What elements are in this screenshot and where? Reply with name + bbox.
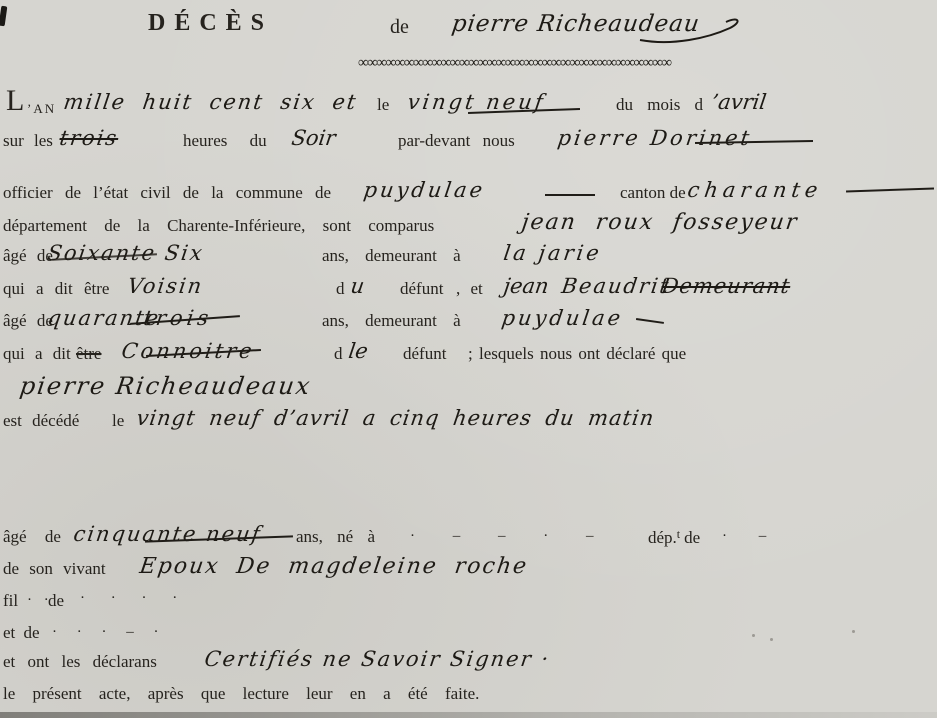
label-fil: fil (3, 591, 18, 611)
field-spouse-value: Epoux De magdeleine roche (138, 554, 530, 579)
chain-ornament: ∞∞∞∞∞∞∞∞∞∞∞∞∞∞∞∞∞∞∞∞∞∞∞∞∞∞∞∞∞∞∞∞∞∞ (358, 55, 671, 72)
blank-dots-mother: · · · – · (52, 624, 158, 641)
pen-stroke (545, 194, 595, 196)
lan-initial: L (6, 84, 24, 118)
title-deces: DÉCÈS (148, 10, 273, 37)
label-qui-a-dit-1: qui a dit être (3, 279, 109, 299)
field-age1-value: Soixante Six (46, 241, 205, 265)
label-qui-a-dit-2: qui a dit (3, 344, 71, 364)
pen-flourish (638, 16, 748, 48)
field-month-value: ’avril (710, 90, 768, 114)
paper-speck (770, 638, 773, 641)
field-residence1-value: la jarie (502, 241, 604, 265)
field-struck-word: Demeurant (660, 274, 792, 298)
label-lesquels: ; lesquels nous ont déclaré que (468, 344, 686, 364)
label-heures-du: heures du (183, 131, 267, 151)
field-signature-statement: Certifiés ne Savoir Signer · (203, 647, 552, 671)
field-year-value: mille huit cent six et (62, 90, 359, 114)
scan-edge-shadow (0, 712, 937, 718)
label-departement: département de la Charente-Inférieure, s… (3, 216, 434, 236)
label-defunt-1: défunt (400, 279, 443, 299)
field-canton-value: charante (686, 178, 824, 202)
field-u-value: u (349, 274, 366, 298)
label-age-3: âgé de (3, 527, 61, 547)
paper-speck (752, 634, 755, 637)
field-declarant2-first: jean (502, 274, 550, 298)
label-de-son-vivant: de son vivant (3, 559, 106, 579)
blank-dots-dept: · – (722, 528, 766, 545)
label-sur-les: sur les (3, 131, 53, 151)
scan-corner-mark (0, 6, 7, 27)
title-de: de (390, 16, 409, 39)
label-d-1: d (336, 279, 345, 299)
label-ne-a: ans, né à (296, 527, 375, 547)
pen-stroke (636, 318, 664, 323)
label-le: le (377, 95, 389, 115)
paper-speck (852, 630, 855, 633)
death-certificate: DÉCÈS de pierre Richeaudeau ∞∞∞∞∞∞∞∞∞∞∞∞… (0, 0, 937, 718)
label-dept-abbr: dép. (648, 528, 677, 547)
label-est-decede: est décédé (3, 411, 79, 431)
label-demeurant-2: ans, demeurant à (322, 311, 461, 331)
label-dept-sup: t (677, 527, 680, 541)
field-declarant2-last: Beaudrit (560, 274, 672, 298)
label-demeurant-1: ans, demeurant à (322, 246, 461, 266)
field-le-value: le (347, 339, 370, 363)
blank-dots-fil: · · (27, 592, 49, 609)
label-defunt-2: défunt (403, 344, 446, 364)
field-residence2-value: puydulae (500, 306, 625, 330)
label-par-devant: par-devant nous (398, 131, 515, 151)
field-officer-name: pierre Dorinet (556, 126, 754, 150)
label-et-de: et de (3, 623, 40, 643)
blank-dots-birthplace: · – – · – (410, 528, 594, 545)
label-le-2: le (112, 411, 124, 431)
label-et: , et (456, 279, 483, 299)
field-period-value: Soir (290, 126, 337, 150)
label-officier: officier de l’état civil de la commune d… (3, 183, 331, 203)
field-hour-value: trois (58, 126, 120, 150)
field-age3-value: cinquante neuf (72, 522, 263, 546)
blank-dots-father: · · · · (80, 590, 177, 607)
label-etre-struck: être (76, 344, 101, 364)
label-declarans: et ont les déclarans (3, 652, 157, 672)
label-du-mois: du mois d (616, 95, 703, 115)
label-fil-de: de (48, 591, 64, 611)
label-d-2: d (334, 344, 343, 364)
field-declarant1-name: jean roux fosseyeur (520, 210, 800, 235)
label-dept-de: de (684, 528, 700, 547)
field-commune-value: puydulae (362, 178, 487, 202)
label-dept: dép.tde (648, 527, 700, 548)
field-death-datetime: vingt neuf d’avril a cinq heures du mati… (135, 406, 656, 430)
label-closing: le présent acte, après que lecture leur … (3, 684, 479, 704)
field-deceased-name: pierre Richeaudeaux (18, 372, 313, 400)
label-canton: canton de (620, 183, 686, 203)
lan-rest: ’AN (27, 101, 56, 117)
pen-stroke (846, 187, 934, 192)
field-relation1-value: Voisin (126, 274, 205, 298)
